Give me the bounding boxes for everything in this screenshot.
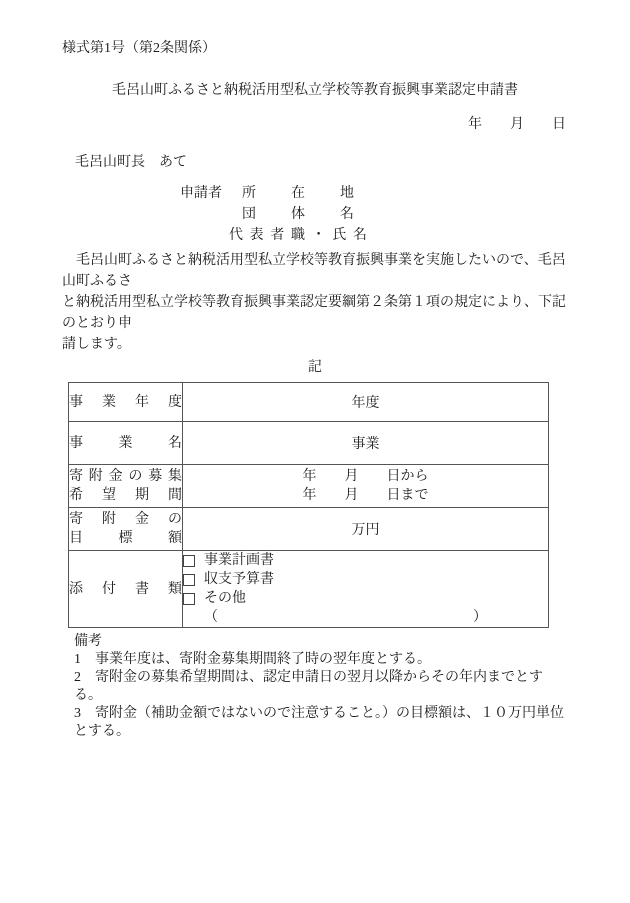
label-cell: 寄附金の募集 希望期間 [69,465,183,508]
checkbox-label: 事業計画書 [204,551,274,570]
addressee: 毛呂山町長 あて [75,152,568,173]
checkbox-icon [183,593,195,605]
value-cell: 年 月 日から 年 月 日まで [183,465,549,508]
applicant-fields: 所在地 団体名 代表者職・氏名 [229,183,367,246]
attachment-item: その他 [183,589,548,608]
body-line: 請します。 [62,334,568,355]
applicant-field-organization-name: 団体名 [229,204,367,225]
label-cell: 寄附金の 目標額 [69,508,183,551]
label-cell: 事業年度 [69,383,183,422]
body-line: と納税活用型私立学校等教育振興事業認定要綱第２条第１項の規定により、下記のとおり… [62,292,568,334]
row-label: 添付書類 [69,580,182,599]
row-label: 寄附金の募集 [69,467,182,486]
application-table: 事業年度 年度 事業名 事業 寄附金の募集 希望期間 年 月 日から 年 月 日… [68,382,549,628]
note-item: 1 事業年度は、寄附金募集期間終了時の翌年度とする。 [74,651,568,669]
paren-open: （ [204,608,218,627]
label-cell: 添付書類 [69,551,183,628]
table-row-attachments: 添付書類 事業計画書 収支予算書 その他 （ ） [69,551,549,628]
row-label: 目標額 [69,529,182,548]
row-label: 事業年度 [69,393,182,412]
value-cell: 事業 [183,422,549,465]
value-cell: 万円 [183,508,549,551]
applicant-field-address: 所在地 [229,183,367,204]
application-form-page: 様式第1号（第2条関係） 毛呂山町ふるさと納税活用型私立学校等教育振興事業認定申… [0,0,630,903]
checkbox-icon [183,555,195,567]
paren-close: ） [473,608,487,627]
table-row-project-name: 事業名 事業 [69,422,549,465]
table-row-fiscal-year: 事業年度 年度 [69,383,549,422]
attachment-item: 収支予算書 [183,570,548,589]
applicant-label: 申請者 [180,183,222,246]
document-title: 毛呂山町ふるさと納税活用型私立学校等教育振興事業認定申請書 [62,80,568,101]
label-cell: 事業名 [69,422,183,465]
checkbox-label: 収支予算書 [204,570,274,589]
period-from: 年 月 日から [183,467,548,486]
table-row-donation-period: 寄附金の募集 希望期間 年 月 日から 年 月 日まで [69,465,549,508]
attachments-cell: 事業計画書 収支予算書 その他 （ ） [183,551,549,628]
record-marker: 記 [62,357,568,378]
value-cell: 年度 [183,383,549,422]
notes-title: 備考 [74,633,568,651]
checkbox-label: その他 [204,589,246,608]
date-line: 年 月 日 [62,114,568,135]
row-label: 事業名 [69,434,182,453]
body-line: 毛呂山町ふるさと納税活用型私立学校等教育振興事業を実施したいので、毛呂山町ふるさ [62,250,568,292]
note-item: 2 寄附金の募集希望期間は、認定申請日の翌月以降からその年内までとする。 [74,669,568,705]
row-label: 希望期間 [69,486,182,505]
applicant-field-representative: 代表者職・氏名 [229,225,367,246]
body-paragraph: 毛呂山町ふるさと納税活用型私立学校等教育振興事業を実施したいので、毛呂山町ふるさ… [62,250,568,355]
table-row-donation-target: 寄附金の 目標額 万円 [69,508,549,551]
form-number: 様式第1号（第2条関係） [62,38,568,59]
row-label: 寄附金の [69,510,182,529]
notes-section: 備考 1 事業年度は、寄附金募集期間終了時の翌年度とする。 2 寄附金の募集希望… [74,633,568,741]
period-to: 年 月 日まで [183,486,548,505]
other-attachment-parens: （ ） [204,608,487,627]
attachment-item: 事業計画書 [183,551,548,570]
note-item: 3 寄附金（補助金額ではないので注意すること。）の目標額は、１０万円単位とする。 [74,705,568,741]
applicant-block: 申請者 所在地 団体名 代表者職・氏名 [180,183,568,246]
checkbox-icon [183,574,195,586]
